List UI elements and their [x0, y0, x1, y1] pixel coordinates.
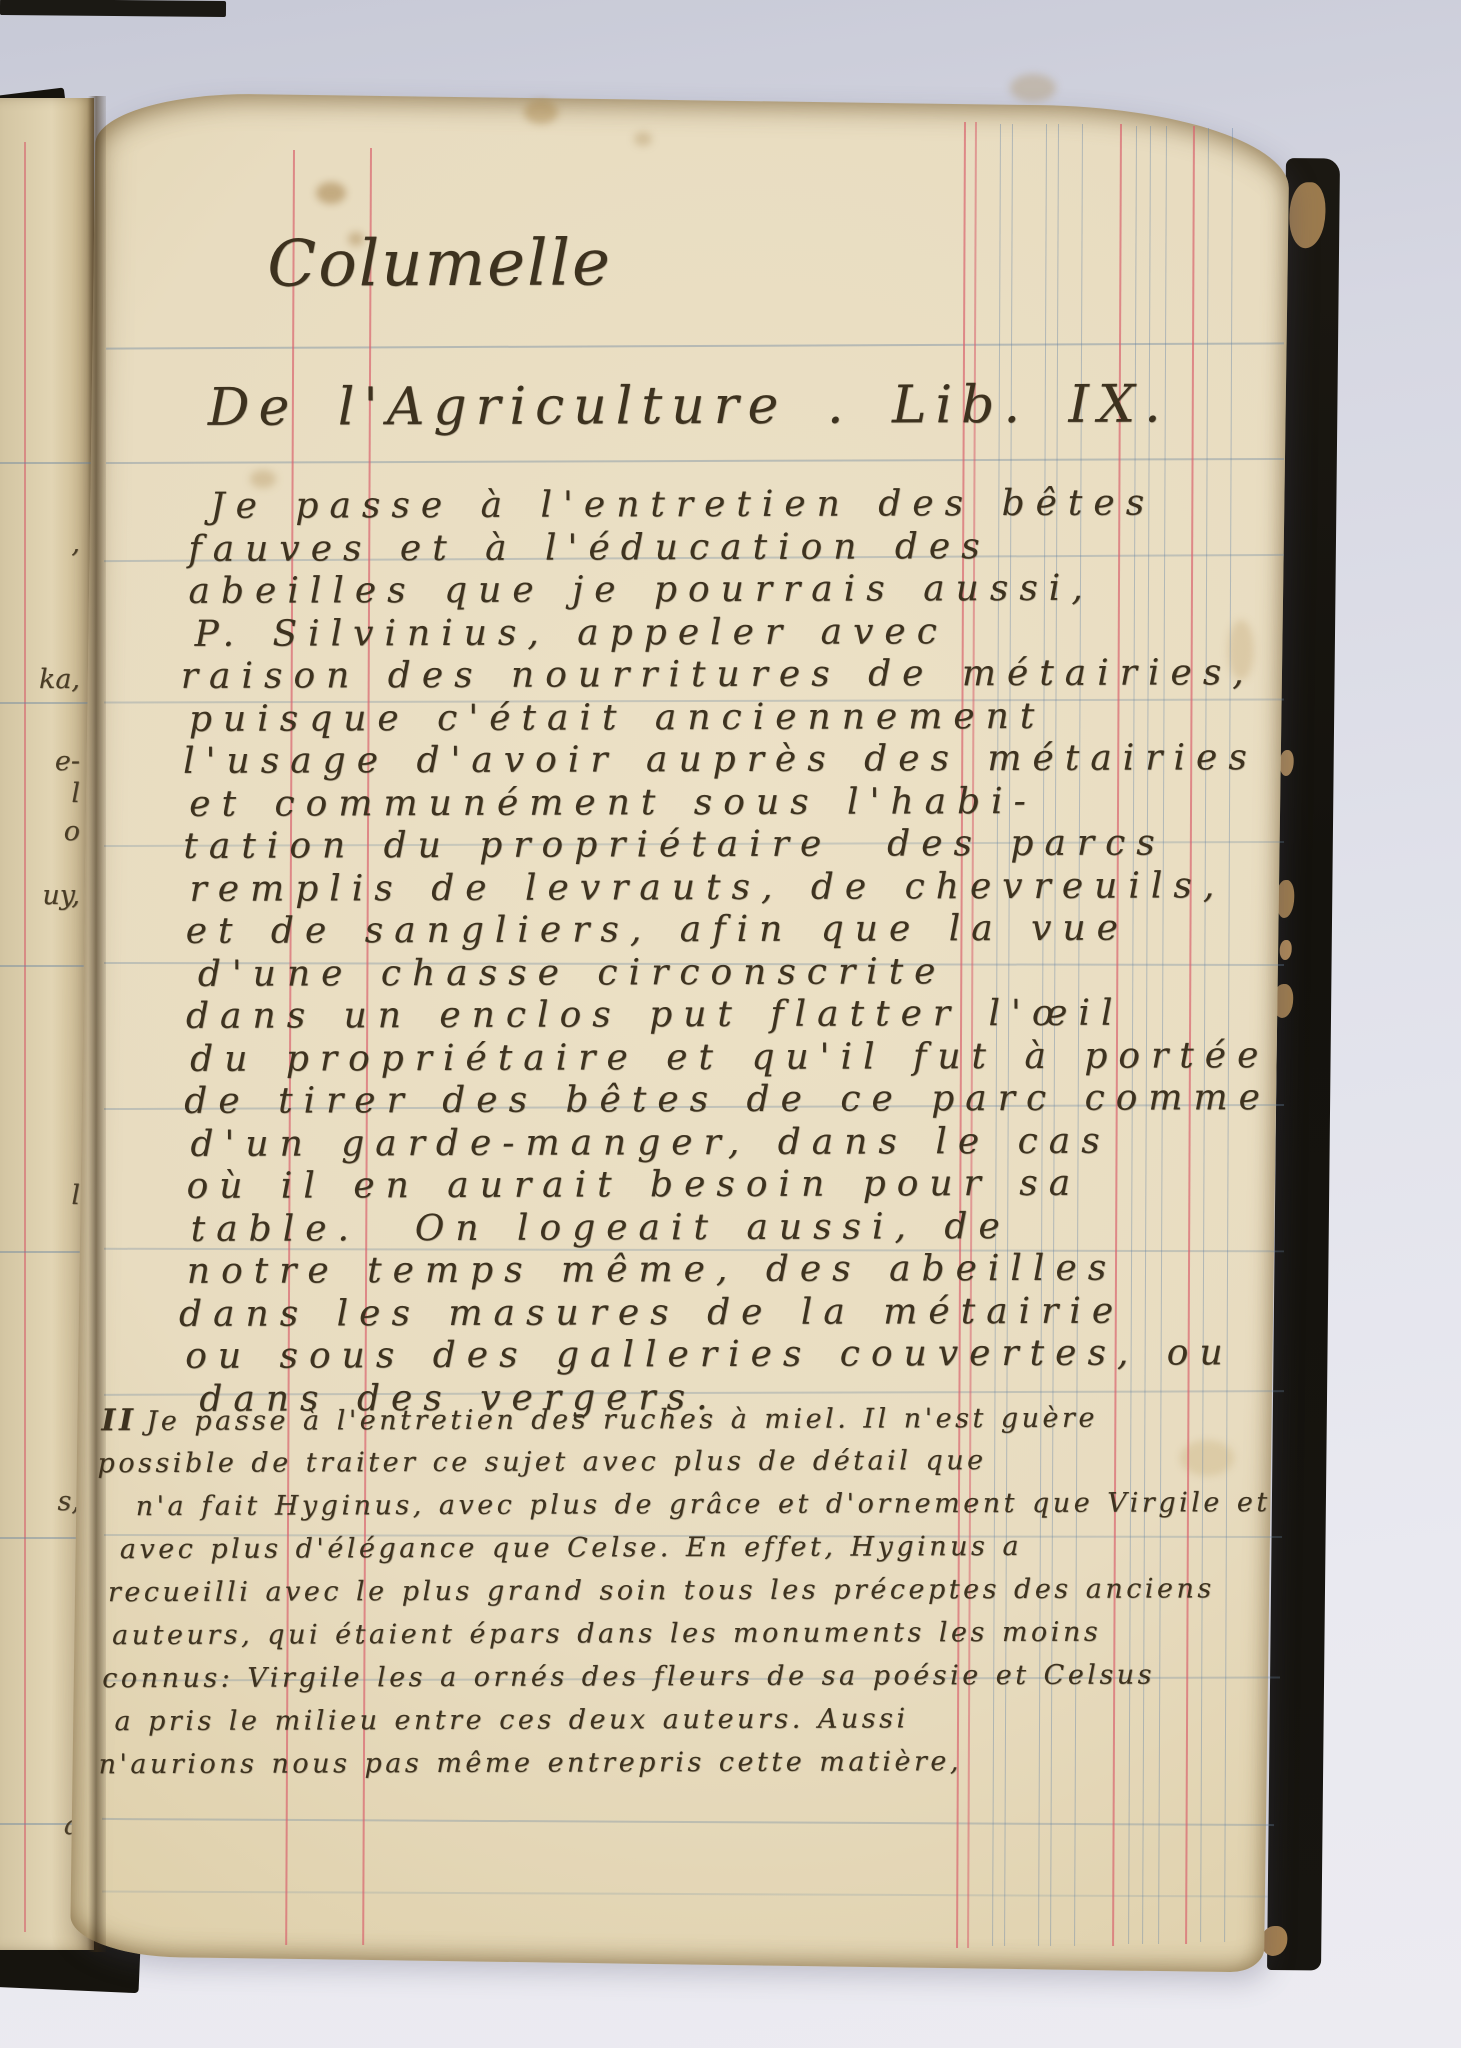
manuscript-line: P. Silvinius, appeler avec — [195, 611, 948, 656]
manuscript-line: Je passe à l'entretien des bêtes — [210, 483, 1155, 528]
manuscript-line: connus: Virgile les a ornés des fleurs d… — [102, 1654, 1155, 1701]
manuscript-line: d'un garde-manger, dans le cas — [190, 1121, 1110, 1166]
page-gutter-shadow — [88, 96, 106, 1952]
manuscript-line: avec plus d'élégance que Celse. En effet… — [120, 1525, 1022, 1571]
manuscript-line: l'usage d'avoir auprès des métairies — [183, 737, 1258, 783]
manuscript-line: où il en aurait besoin pour sa — [186, 1163, 1081, 1208]
page-subtitle: De l'Agriculture . Lib. IX. — [208, 374, 1170, 437]
manuscript-line: n'aurions nous pas même entrepris cette … — [99, 1740, 962, 1786]
manuscript-line: raison des nourritures de métairies, — [181, 652, 1255, 698]
manuscript-line: ou sous des galleries couvertes, ou — [185, 1332, 1234, 1378]
manuscript-line: dans un enclos put flatter l'œil — [186, 993, 1124, 1038]
manuscript-line: abeilles que je pourrais aussi, — [188, 568, 1093, 613]
section-number: II — [101, 1403, 146, 1438]
manuscript-line: et de sangliers, afin que la vue — [186, 908, 1129, 953]
manuscript-line: d'une chasse circonscrite — [198, 951, 947, 996]
handwriting-layer: Columelle De l'Agriculture . Lib. IX. Je… — [0, 0, 1461, 2048]
manuscript-line: recueilli avec le plus grand soin tous l… — [108, 1567, 1215, 1614]
manuscript-line: de tirer des bêtes de ce parc comme — [184, 1077, 1271, 1123]
manuscript-line: IIJe passe à l'entretien des ruches à mi… — [101, 1396, 1098, 1443]
manuscript-line: a pris le milieu entre ces deux auteurs.… — [114, 1697, 908, 1743]
manuscript-line: puisque c'était anciennement — [189, 696, 1045, 741]
manuscript-line: n'a fait Hyginus, avec plus de grâce et … — [136, 1481, 1271, 1528]
manuscript-line: du propriétaire et qu'il fut à portée — [190, 1035, 1269, 1081]
manuscript-line: possible de traiter ce sujet avec plus d… — [97, 1439, 986, 1485]
manuscript-line: fauves et à l'éducation des — [188, 526, 990, 571]
manuscript-line: auteurs, qui étaient épars dans les monu… — [112, 1611, 1101, 1657]
manuscript-line: remplis de levrauts, de chevreuils, — [189, 865, 1225, 911]
page-title: Columelle — [267, 226, 612, 301]
manuscript-line: dans les masures de la métairie — [179, 1291, 1124, 1336]
manuscript-line: table. On logeait aussi, de — [191, 1206, 1011, 1251]
manuscript-line: et communément sous l'habi- — [189, 781, 1037, 826]
photograph-of-notebook: , ka, e- l o uy, l s, a — [0, 0, 1461, 2048]
manuscript-line: tation du propriétaire des parcs — [183, 822, 1166, 867]
manuscript-line-text: Je passe à l'entretien des ruches à miel… — [146, 1403, 1098, 1437]
manuscript-line: notre temps même, des abeilles — [187, 1248, 1117, 1293]
